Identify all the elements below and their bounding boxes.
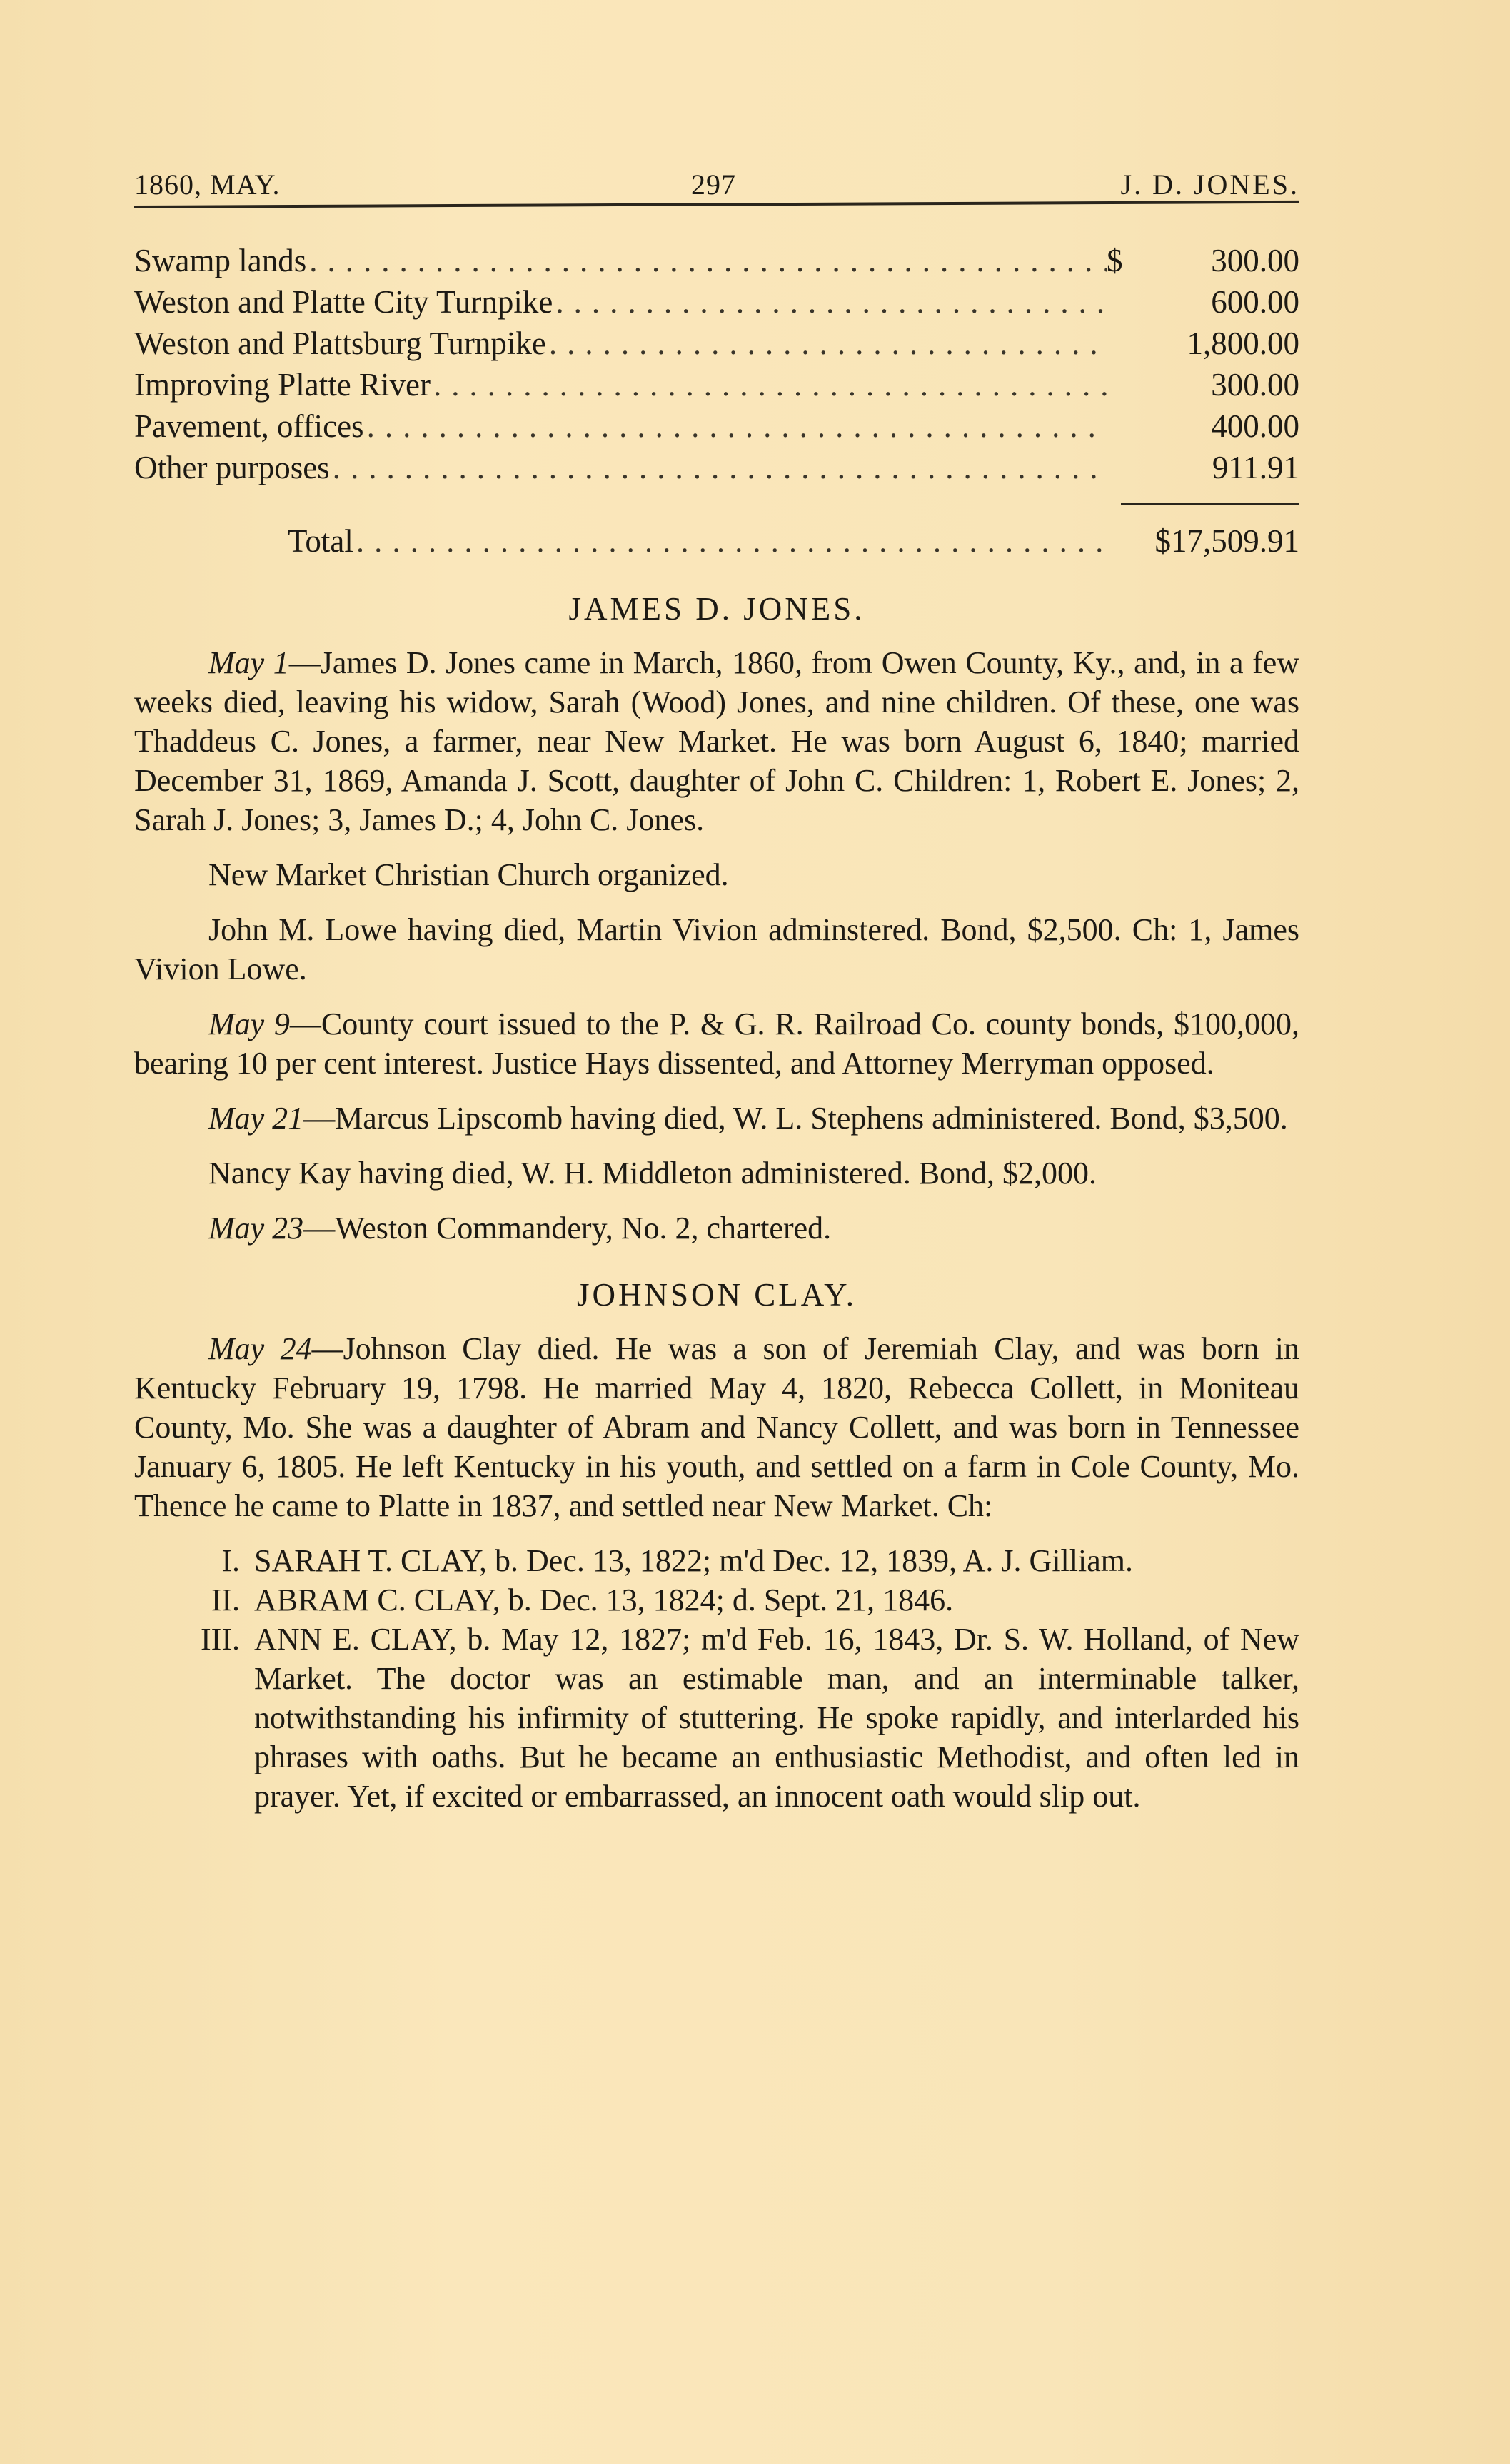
entry-date: May 23 bbox=[208, 1211, 303, 1246]
child-numeral: I. bbox=[134, 1541, 254, 1580]
entry-paragraph: May 21—Marcus Lipscomb having died, W. L… bbox=[134, 1099, 1299, 1138]
child-text: ABRAM C. CLAY, b. Dec. 13, 1824; d. Sept… bbox=[254, 1580, 1299, 1620]
entry-date: May 21 bbox=[208, 1101, 303, 1136]
entry-text: —Weston Commandery, No. 2, chartered. bbox=[303, 1211, 831, 1246]
entry-date: May 9 bbox=[208, 1006, 290, 1041]
child-entry: I. SARAH T. CLAY, b. Dec. 13, 1822; m'd … bbox=[134, 1541, 1299, 1580]
entry-text: —Marcus Lipscomb having died, W. L. Step… bbox=[303, 1101, 1288, 1136]
entry-paragraph: Nancy Kay having died, W. H. Middleton a… bbox=[134, 1153, 1299, 1193]
leader-dots: ........................................… bbox=[306, 240, 1107, 281]
entry-paragraph: New Market Christian Church organized. bbox=[134, 855, 1299, 894]
entry-paragraph: May 23—Weston Commandery, No. 2, charter… bbox=[134, 1208, 1299, 1248]
ledger-amount: 400.00 bbox=[1135, 405, 1299, 447]
ledger-label: Other purposes bbox=[134, 447, 330, 488]
ledger-label: Weston and Platte City Turnpike bbox=[134, 281, 553, 323]
entry-text: John M. Lowe having died, Martin Vivion … bbox=[134, 912, 1299, 986]
leader-dots: ........................................… bbox=[553, 281, 1107, 323]
ledger-label: Pavement, offices bbox=[134, 405, 364, 447]
page-number: 297 bbox=[691, 168, 736, 201]
ledger-amount: 911.91 bbox=[1135, 447, 1299, 488]
section-heading-johnson-clay: JOHNSON CLAY. bbox=[134, 1276, 1299, 1313]
section-heading-james-d-jones: JAMES D. JONES. bbox=[134, 590, 1299, 627]
ledger-amount: 1,800.00 bbox=[1135, 323, 1299, 364]
ledger-dollar-sign: $ bbox=[1107, 240, 1135, 281]
ledger-row: Swamp lands ............................… bbox=[134, 240, 1299, 281]
entry-paragraph: May 9—County court issued to the P. & G.… bbox=[134, 1004, 1299, 1083]
ledger-label: Swamp lands bbox=[134, 240, 306, 281]
running-head: 1860, MAY. 297 J. D. JONES. bbox=[134, 163, 1299, 206]
leader-dots: ........................................… bbox=[353, 520, 1107, 562]
child-numeral: II. bbox=[134, 1580, 254, 1620]
expense-ledger: Swamp lands ............................… bbox=[134, 240, 1299, 562]
total-label: Total bbox=[288, 520, 353, 562]
leader-dots: ........................................… bbox=[330, 447, 1107, 488]
total-rule bbox=[1121, 503, 1299, 505]
leader-dots: ........................................… bbox=[546, 323, 1107, 364]
book-page: 1860, MAY. 297 J. D. JONES. Swamp lands … bbox=[134, 163, 1299, 1816]
child-entry: III. ANN E. CLAY, b. May 12, 1827; m'd F… bbox=[134, 1620, 1299, 1816]
total-amount: $17,509.91 bbox=[1107, 520, 1299, 562]
ledger-row: Improving Platte River .................… bbox=[134, 364, 1299, 405]
child-text: ANN E. CLAY, b. May 12, 1827; m'd Feb. 1… bbox=[254, 1620, 1299, 1816]
running-head-title: J. D. JONES. bbox=[1121, 168, 1299, 201]
child-text: SARAH T. CLAY, b. Dec. 13, 1822; m'd Dec… bbox=[254, 1541, 1299, 1580]
entry-text: New Market Christian Church organized. bbox=[208, 857, 729, 892]
ledger-row: Weston and Plattsburg Turnpike .........… bbox=[134, 323, 1299, 364]
ledger-amount: 300.00 bbox=[1135, 240, 1299, 281]
entry-paragraph: John M. Lowe having died, Martin Vivion … bbox=[134, 910, 1299, 989]
ledger-amount: 300.00 bbox=[1135, 364, 1299, 405]
entry-text: —County court issued to the P. & G. R. R… bbox=[134, 1006, 1299, 1081]
running-head-date: 1860, MAY. bbox=[134, 168, 281, 201]
entry-date: May 24 bbox=[208, 1331, 312, 1366]
child-numeral: III. bbox=[134, 1620, 254, 1816]
entry-text: —James D. Jones came in March, 1860, fro… bbox=[134, 645, 1299, 837]
entry-paragraph: May 24—Johnson Clay died. He was a son o… bbox=[134, 1329, 1299, 1525]
child-entry: II. ABRAM C. CLAY, b. Dec. 13, 1824; d. … bbox=[134, 1580, 1299, 1620]
ledger-label: Weston and Plattsburg Turnpike bbox=[134, 323, 546, 364]
leader-dots: ........................................… bbox=[431, 364, 1107, 405]
ledger-row: Pavement, offices ......................… bbox=[134, 405, 1299, 447]
ledger-row: Weston and Platte City Turnpike ........… bbox=[134, 281, 1299, 323]
ledger-row: Other purposes .........................… bbox=[134, 447, 1299, 488]
entry-text: Nancy Kay having died, W. H. Middleton a… bbox=[208, 1156, 1097, 1191]
ledger-label: Improving Platte River bbox=[134, 364, 431, 405]
entry-paragraph: May 1—James D. Jones came in March, 1860… bbox=[134, 643, 1299, 839]
entry-date: May 1 bbox=[208, 645, 289, 680]
ledger-total-row: Total ..................................… bbox=[134, 520, 1299, 562]
children-list: I. SARAH T. CLAY, b. Dec. 13, 1822; m'd … bbox=[134, 1541, 1299, 1816]
ledger-amount: 600.00 bbox=[1135, 281, 1299, 323]
leader-dots: ........................................… bbox=[364, 405, 1107, 447]
